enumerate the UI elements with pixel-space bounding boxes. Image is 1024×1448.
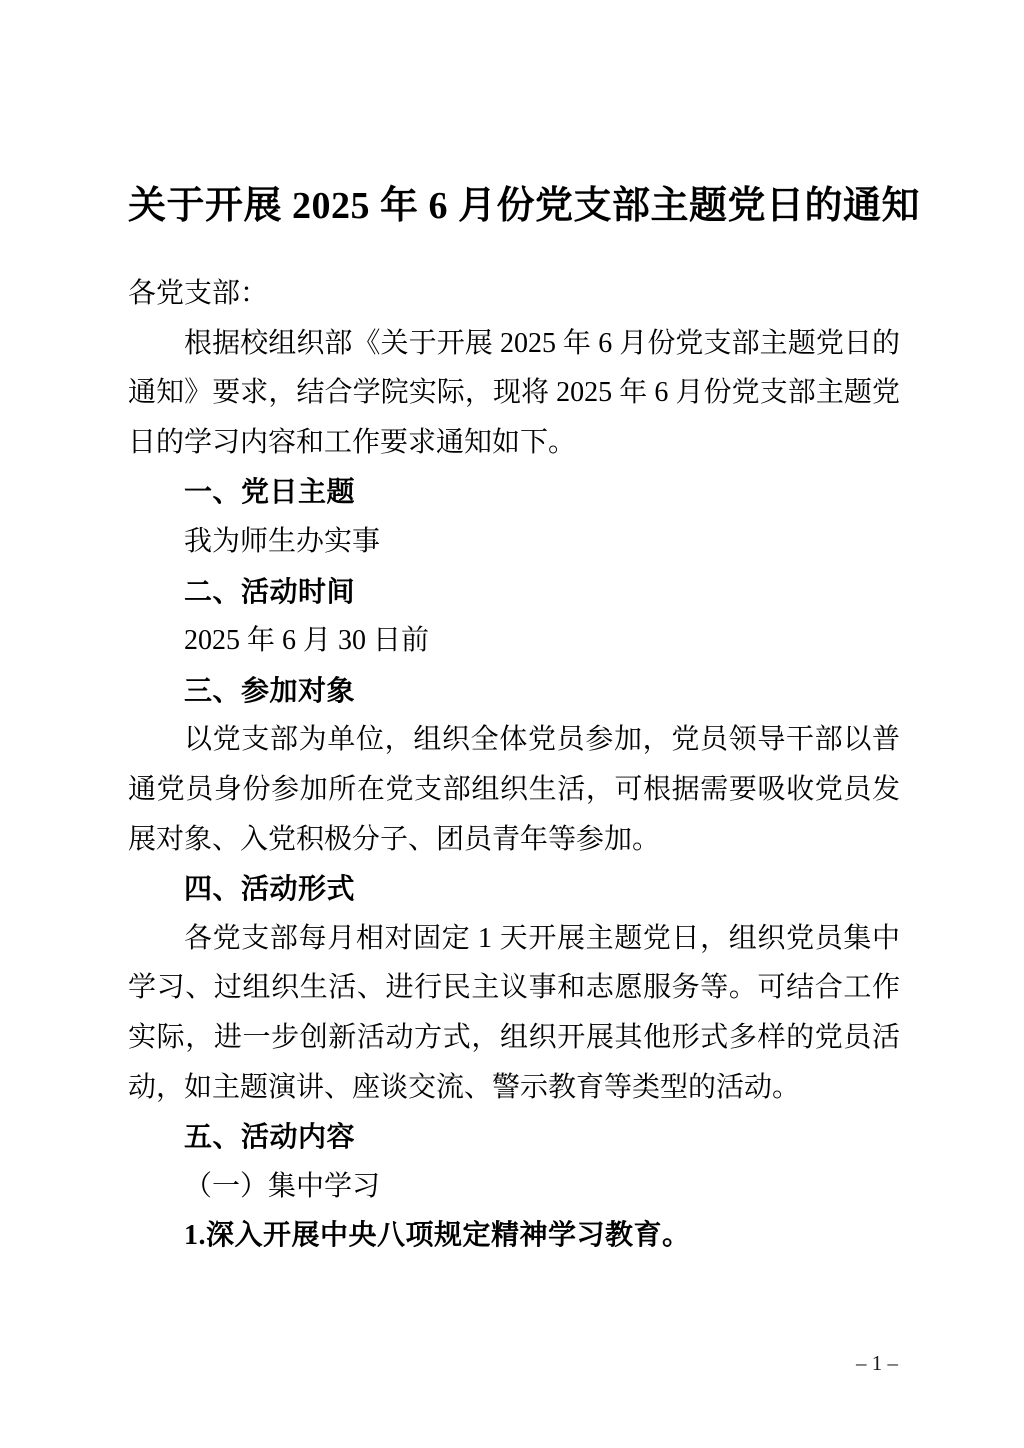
document-page: 关于开展 2025 年 6 月份党支部主题党日的通知 各党支部： 根据校组织部《… [0, 0, 1024, 1448]
section-heading-2: 二、活动时间 [128, 567, 900, 617]
section-heading-4: 四、活动形式 [128, 864, 900, 914]
intro-paragraph: 根据校组织部《关于开展 2025 年 6 月份党支部主题党日的通知》要求，结合学… [128, 319, 900, 468]
numbered-item-1: 1.深入开展中央八项规定精神学习教育。 [128, 1211, 900, 1261]
subsection-heading: （一）集中学习 [128, 1162, 900, 1212]
section-heading-3: 三、参加对象 [128, 666, 900, 716]
section-heading-1: 一、党日主题 [128, 467, 900, 517]
document-content: 关于开展 2025 年 6 月份党支部主题党日的通知 各党支部： 根据校组织部《… [0, 176, 1024, 1261]
page-number: – 1 – [856, 1350, 898, 1376]
section-body-1: 我为师生办实事 [128, 517, 900, 567]
section-body-3: 以党支部为单位，组织全体党员参加，党员领导干部以普通党员身份参加所在党支部组织生… [128, 715, 900, 864]
document-title: 关于开展 2025 年 6 月份党支部主题党日的通知 [128, 176, 900, 236]
section-body-4: 各党支部每月相对固定 1 天开展主题党日，组织党员集中学习、过组织生活、进行民主… [128, 914, 900, 1112]
salutation-line: 各党支部： [128, 269, 900, 319]
section-heading-5: 五、活动内容 [128, 1112, 900, 1162]
section-body-2: 2025 年 6 月 30 日前 [128, 616, 900, 666]
